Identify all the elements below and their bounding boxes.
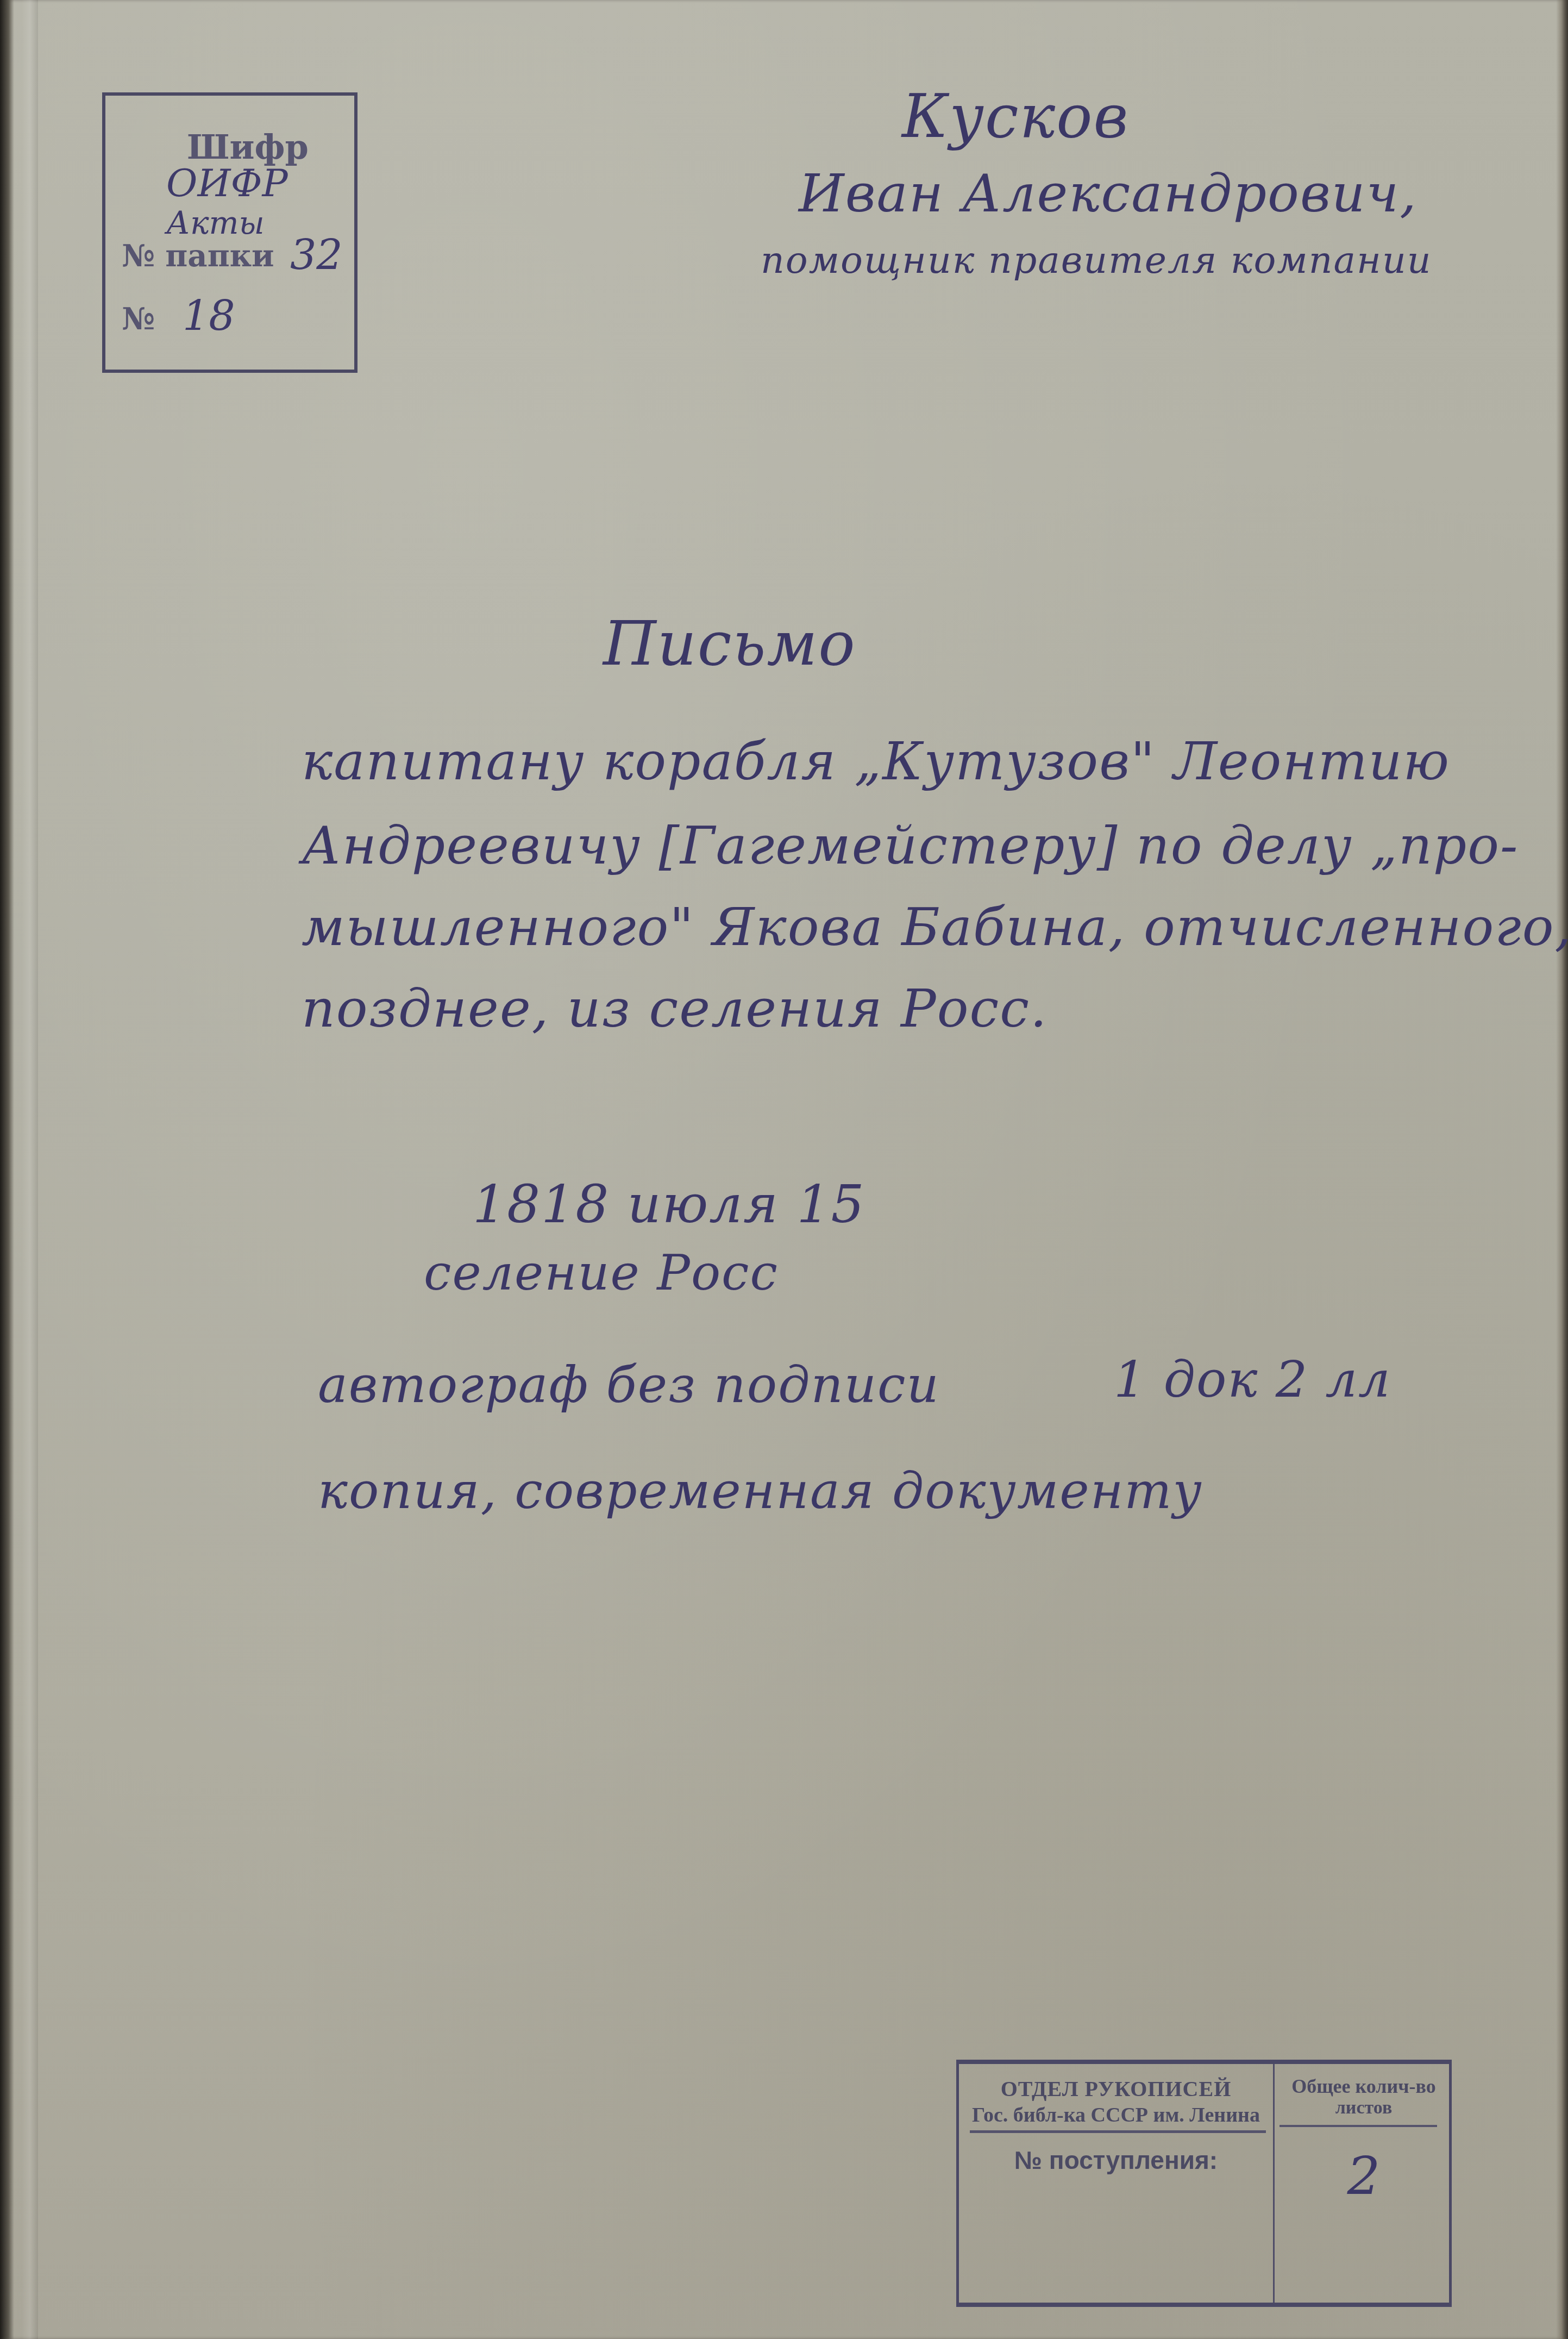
library-name: Гос. библ-ка СССР им. Ленина bbox=[959, 2103, 1273, 2127]
stamp-divider bbox=[970, 2130, 1266, 2133]
autograph-note: автограф без подписи bbox=[318, 1356, 940, 1414]
cipher-sub: Акты bbox=[166, 204, 265, 241]
sheets-count-header-2: листов bbox=[1274, 2098, 1453, 2118]
author-role: помощник правителя компании bbox=[761, 239, 1432, 282]
author-name: Иван Александрович, bbox=[799, 163, 1418, 224]
sheets-count-value: 2 bbox=[1274, 2146, 1453, 2206]
stamp-divider bbox=[1280, 2125, 1437, 2127]
page-right-edge bbox=[1556, 0, 1568, 2339]
description-line: позднее, из селения Росс. bbox=[302, 978, 1048, 1039]
folder-no-label: № папки bbox=[122, 238, 274, 274]
sheets-count-header: Общее колич-во bbox=[1274, 2075, 1453, 2098]
extent-note: 1 док 2 лл bbox=[1114, 1350, 1391, 1409]
page-left-edge bbox=[0, 0, 14, 2339]
item-no-value: 18 bbox=[183, 291, 235, 340]
archival-folder-cover: Шифр ОИФР Акты № папки 32 № 18 Кусков Ив… bbox=[0, 0, 1568, 2339]
folder-no-value: 32 bbox=[290, 230, 343, 279]
dept-name: ОТДЕЛ РУКОПИСЕЙ bbox=[959, 2076, 1273, 2102]
document-place: селение Росс bbox=[424, 1244, 779, 1302]
document-date: 1818 июля 15 bbox=[473, 1174, 865, 1235]
description-line: капитану корабля „Кутузов" Леонтию bbox=[302, 731, 1450, 792]
author-surname: Кусков bbox=[902, 82, 1129, 151]
item-no-label: № bbox=[122, 301, 155, 337]
receipt-number-label: № поступления: bbox=[959, 2146, 1273, 2175]
description-line: Андреевичу [Гагемейстеру] по делу „про- bbox=[302, 815, 1519, 876]
manuscript-dept-stamp: ОТДЕЛ РУКОПИСЕЙ Гос. библ-ка СССР им. Ле… bbox=[956, 2060, 1452, 2307]
page-fold-crease bbox=[22, 0, 38, 2339]
document-title: Письмо bbox=[603, 609, 856, 679]
copy-note: копия, современная документу bbox=[318, 1462, 1203, 1520]
cipher-value: ОИФР bbox=[166, 161, 288, 205]
cipher-stamp: Шифр ОИФР Акты № папки 32 № 18 bbox=[102, 92, 357, 373]
description-line: мышленного" Якова Бабина, отчисленного, bbox=[302, 897, 1568, 958]
